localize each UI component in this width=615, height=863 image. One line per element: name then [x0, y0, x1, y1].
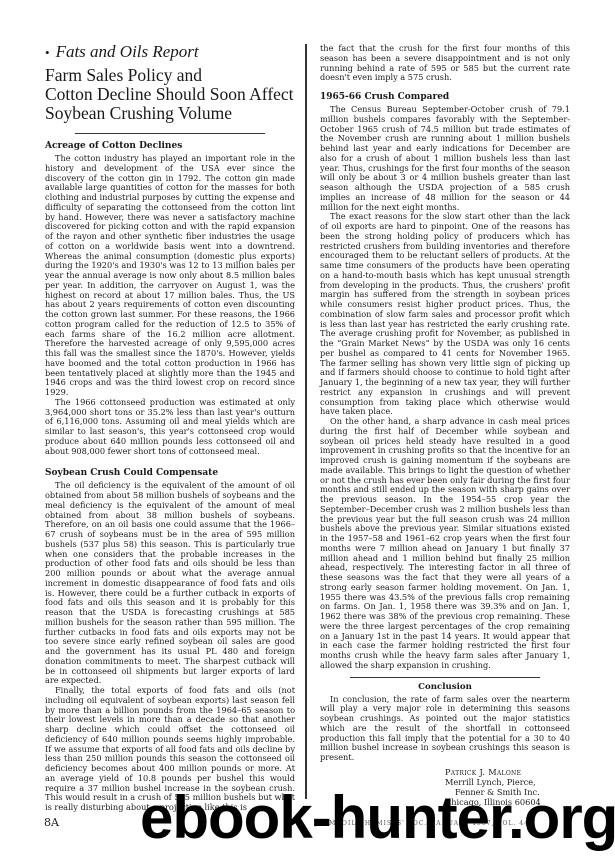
- kicker-text: Fats and Oils Report: [56, 42, 199, 61]
- report-kicker: •Fats and Oils Report: [45, 42, 295, 63]
- paragraph: The cotton industry has played an import…: [45, 154, 295, 398]
- left-column: •Fats and Oils Report Farm Sales Policy …: [45, 42, 295, 813]
- bullet-icon: •: [45, 45, 50, 60]
- column-divider: [305, 44, 307, 799]
- paragraph: On the other hand, a sharp advance in ca…: [320, 417, 570, 671]
- paragraph: The 1966 cottonseed production was estim…: [45, 398, 295, 457]
- section-heading-crush-compared: 1965-66 Crush Compared: [320, 91, 570, 103]
- paragraph: In conclusion, the rate of farm sales ov…: [320, 695, 570, 763]
- right-column: the fact that the crush for the first fo…: [320, 44, 570, 807]
- headline-line-2: Cotton Decline Should Soon Affect: [45, 84, 294, 104]
- section-heading-acreage: Acreage of Cotton Declines: [45, 140, 295, 152]
- headline-line-1: Farm Sales Policy and: [45, 65, 202, 85]
- watermark: ebook-hunter.org: [140, 783, 615, 853]
- paragraph: The oil deficiency is the equivalent of …: [45, 481, 295, 686]
- headline-divider: [75, 133, 265, 134]
- article-headline: Farm Sales Policy and Cotton Decline Sho…: [45, 66, 295, 123]
- continuation-paragraph: the fact that the crush for the first fo…: [320, 44, 570, 83]
- document-page: •Fats and Oils Report Farm Sales Policy …: [0, 0, 615, 863]
- section-heading-conclusion: Conclusion: [320, 682, 570, 693]
- paragraph: The Census Bureau September-October crus…: [320, 105, 570, 212]
- page-number: 8A: [44, 816, 59, 829]
- paragraph: The exact reasons for the slow start oth…: [320, 212, 570, 417]
- author-name: Patrick J. Malone: [445, 767, 570, 777]
- section-heading-soybean-crush: Soybean Crush Could Compensate: [45, 467, 295, 479]
- conclusion-divider: [350, 677, 540, 678]
- headline-line-3: Soybean Crushing Volume: [45, 103, 232, 123]
